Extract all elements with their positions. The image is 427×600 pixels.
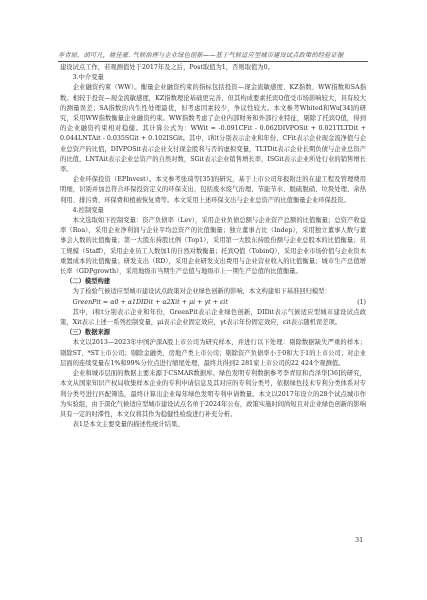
paragraph-environmental-investment: 企业环保投资（EPInvest）。本文参考张琦等[35]的研究，基于上市公司年报… — [60, 175, 366, 206]
page-number: 31 — [355, 536, 363, 544]
running-head: 李青原，胡可凡，姚佳豪. 气候治理与企业绿色创新——基于气候适应型城市建设试点政… — [58, 50, 368, 62]
paragraph-sample: 本文以2013—2023年中国沪深A股上市公司为研究样本，并进行以下处理：剔除数… — [60, 338, 366, 369]
subheading-control-variables: 4.控制变量 — [60, 206, 366, 216]
paragraph-model-explanation: 其中，i和t分别表示企业和年份，GreenPit表示企业绿色创新，DIDit表示… — [60, 308, 366, 328]
paragraph-data-source: 企业和城市层面的数据主要来源于CSMAR数据库。绿色发明专利数据参考李青原和肖泽… — [60, 369, 366, 420]
section-heading-model: （二）模型构建 — [60, 277, 366, 287]
equation-1: GreenPit = α0 + α1DIDit + α2Xit + μi + γ… — [60, 298, 366, 308]
paragraph-post-definition: 建设试点工作，若观测值处于2017年及之后，Post取值为1，否则取值为0。 — [60, 63, 366, 73]
paragraph-control-variables: 本文选取如下控制变量：资产负债率（Lev），采用企业负债总额与企业资产总额的比值… — [60, 216, 366, 277]
paragraph-model-intro: 为了检验气候适应型城市建设试点政策对企业绿色创新的影响，本文构建如下基准回归模型… — [60, 287, 366, 297]
subheading-mediator-variables: 3.中介变量 — [60, 73, 366, 83]
equation-text: GreenPit = α0 + α1DIDit + α2Xit + μi + γ… — [73, 298, 228, 308]
equation-number: (1) — [357, 298, 366, 308]
article-body: 建设试点工作，若观测值处于2017年及之后，Post取值为1，否则取值为0。 3… — [60, 63, 366, 430]
journal-page: 李青原，胡可凡，姚佳豪. 气候治理与企业绿色创新——基于气候适应型城市建设试点政… — [0, 0, 427, 600]
section-heading-data-source: （三）数据来源 — [60, 328, 366, 338]
paragraph-table-reference: 表1是本文主要变量的描述性统计结果。 — [60, 420, 366, 430]
paragraph-financing-constraint: 企业融资约束（WW）。衡量企业融资约束的指标包括投资—现金流敏感度、KZ指数、W… — [60, 83, 366, 175]
